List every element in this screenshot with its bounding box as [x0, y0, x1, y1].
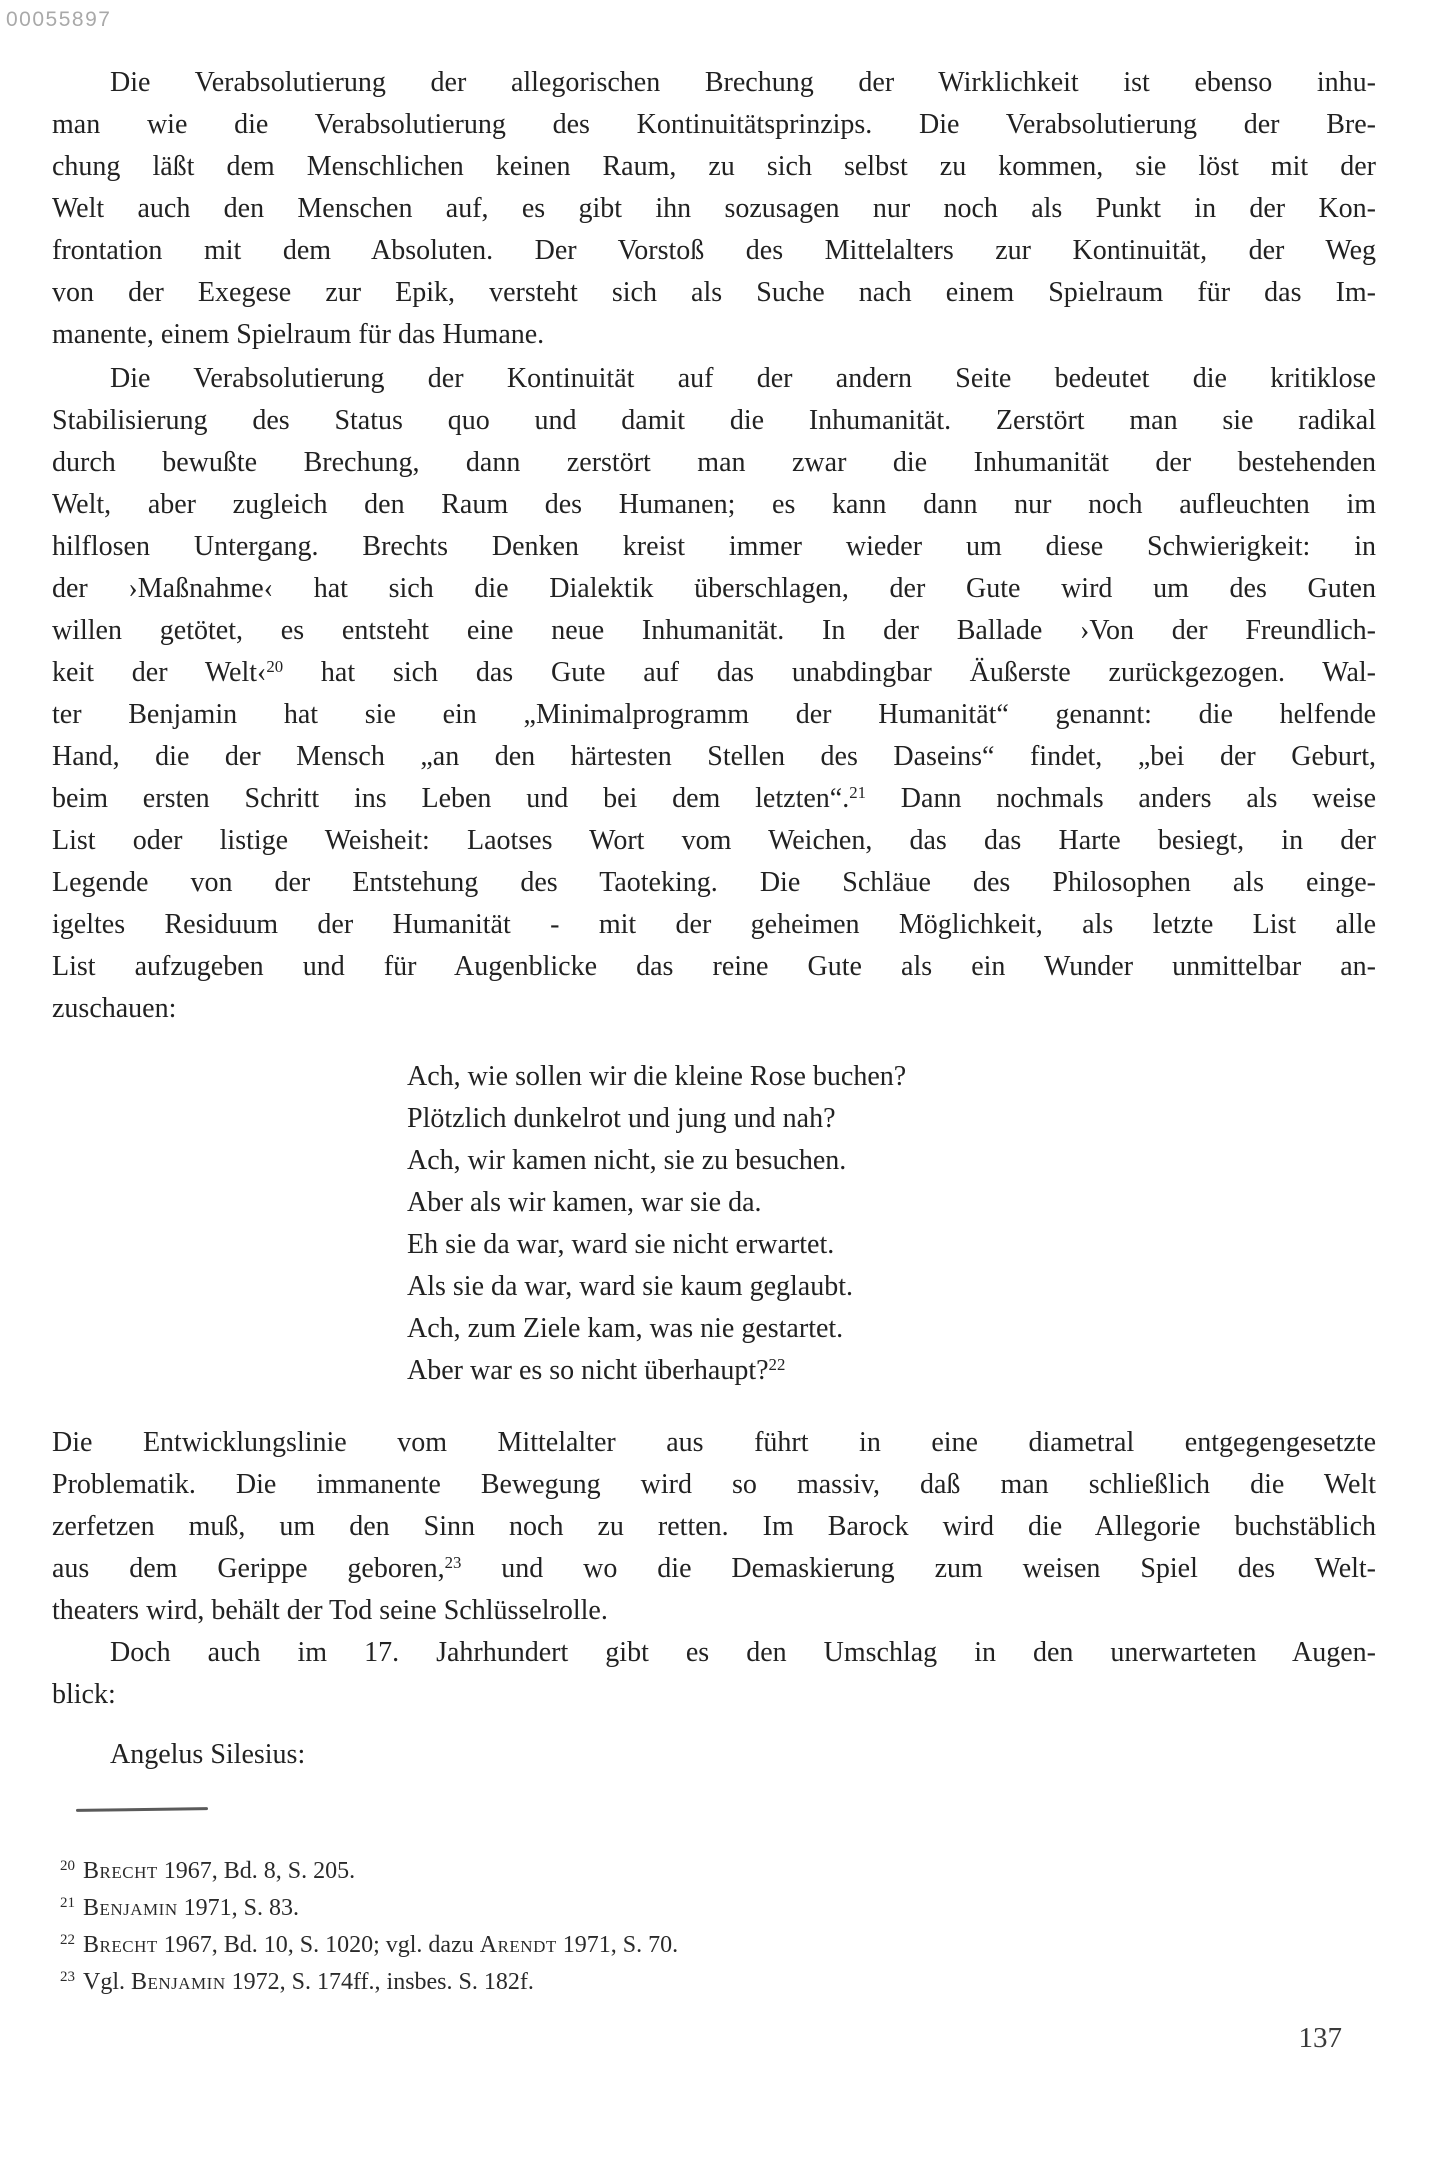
- text-line: beim ersten Schritt ins Leben und bei de…: [52, 778, 1376, 820]
- footnote-number: 20: [60, 1858, 75, 1874]
- text-line: List aufzugeben und für Augenblicke das …: [52, 946, 1376, 988]
- text-line: Stabilisierung des Status quo und damit …: [52, 400, 1376, 442]
- text-line: Hand, die der Mensch „an den härtesten S…: [52, 736, 1376, 778]
- poem-line: Ach, zum Ziele kam, was nie gestartet.: [407, 1308, 1376, 1350]
- poem-line: Als sie da war, ward sie kaum geglaubt.: [407, 1266, 1376, 1308]
- text-line: List oder listige Weisheit: Laotses Wort…: [52, 820, 1376, 862]
- paragraph-attribution: Angelus Silesius:: [52, 1734, 1376, 1776]
- text-line: manente, einem Spielraum für das Humane.: [52, 314, 1376, 356]
- text-line: aus dem Gerippe geboren,23 und wo die De…: [52, 1548, 1376, 1590]
- footnotes-section: 20Brecht 1967, Bd. 8, S. 205. 21Benjamin…: [52, 1853, 1376, 2001]
- poem-line: Plötzlich dunkelrot und jung und nah?: [407, 1098, 1376, 1140]
- text-line: Legende von der Entstehung des Taoteking…: [52, 862, 1376, 904]
- footnote-number: 22: [60, 1932, 75, 1948]
- text-line: Die Verabsolutierung der allegorischen B…: [52, 62, 1376, 104]
- text-line: der ›Maßnahme‹ hat sich die Dialektik üb…: [52, 568, 1376, 610]
- footnote-separator: [76, 1807, 208, 1812]
- text-line: Angelus Silesius:: [52, 1734, 1376, 1776]
- text-line: durch bewußte Brechung, dann zerstört ma…: [52, 442, 1376, 484]
- text-line: hilflosen Untergang. Brechts Denken krei…: [52, 526, 1376, 568]
- text-line: Die Entwicklungslinie vom Mittelalter au…: [52, 1422, 1376, 1464]
- text-line: man wie die Verabsolutierung des Kontinu…: [52, 104, 1376, 146]
- text-line: Doch auch im 17. Jahrhundert gibt es den…: [52, 1632, 1376, 1674]
- text-line: igeltes Residuum der Humanität - mit der…: [52, 904, 1376, 946]
- text-line: zuschauen:: [52, 988, 1376, 1030]
- poem-line: Eh sie da war, ward sie nicht erwartet.: [407, 1224, 1376, 1266]
- text-line: willen getötet, es entsteht eine neue In…: [52, 610, 1376, 652]
- footnote-text: Brecht 1967, Bd. 10, S. 1020; vgl. dazu …: [83, 1932, 678, 1958]
- footnote: 23Vgl. Benjamin 1972, S. 174ff., insbes.…: [60, 1964, 1376, 2001]
- text-line: zerfetzen muß, um den Sinn noch zu rette…: [52, 1506, 1376, 1548]
- text-line: Welt, aber zugleich den Raum des Humanen…: [52, 484, 1376, 526]
- poem-line: Ach, wir kamen nicht, sie zu besuchen.: [407, 1140, 1376, 1182]
- paragraph-1: Die Verabsolutierung der allegorischen B…: [52, 62, 1376, 356]
- poem-line: Aber war es so nicht überhaupt?22: [407, 1350, 1376, 1392]
- footnote-text: Benjamin 1971, S. 83.: [83, 1895, 299, 1921]
- text-line: ter Benjamin hat sie ein „Minimalprogram…: [52, 694, 1376, 736]
- poem-line: Ach, wie sollen wir die kleine Rose buch…: [407, 1056, 1376, 1098]
- page-body: Die Verabsolutierung der allegorischen B…: [52, 62, 1376, 2001]
- footnote-number: 21: [60, 1895, 75, 1911]
- footnote-number: 23: [60, 1969, 75, 1985]
- poem-block: Ach, wie sollen wir die kleine Rose buch…: [52, 1056, 1376, 1392]
- paragraph-3: Die Entwicklungslinie vom Mittelalter au…: [52, 1422, 1376, 1632]
- text-line: Die Verabsolutierung der Kontinuität auf…: [52, 358, 1376, 400]
- footnote-text: Vgl. Benjamin 1972, S. 174ff., insbes. S…: [83, 1969, 534, 1995]
- poem-line: Aber als wir kamen, war sie da.: [407, 1182, 1376, 1224]
- text-line: Welt auch den Menschen auf, es gibt ihn …: [52, 188, 1376, 230]
- text-line: von der Exegese zur Epik, versteht sich …: [52, 272, 1376, 314]
- text-line: chung läßt dem Menschlichen keinen Raum,…: [52, 146, 1376, 188]
- text-line: blick:: [52, 1674, 1376, 1716]
- text-line: frontation mit dem Absoluten. Der Vorsto…: [52, 230, 1376, 272]
- paragraph-4: Doch auch im 17. Jahrhundert gibt es den…: [52, 1632, 1376, 1716]
- footnote: 20Brecht 1967, Bd. 8, S. 205.: [60, 1853, 1376, 1890]
- paragraph-2: Die Verabsolutierung der Kontinuität auf…: [52, 358, 1376, 1030]
- footnote: 21Benjamin 1971, S. 83.: [60, 1890, 1376, 1927]
- page-number: 137: [1299, 2022, 1343, 2055]
- footnote: 22Brecht 1967, Bd. 10, S. 1020; vgl. daz…: [60, 1927, 1376, 1964]
- text-line: theaters wird, behält der Tod seine Schl…: [52, 1590, 1376, 1632]
- text-line: Problematik. Die immanente Bewegung wird…: [52, 1464, 1376, 1506]
- text-line: keit der Welt‹20 hat sich das Gute auf d…: [52, 652, 1376, 694]
- footnote-text: Brecht 1967, Bd. 8, S. 205.: [83, 1858, 355, 1884]
- scan-id: 00055897: [6, 8, 111, 32]
